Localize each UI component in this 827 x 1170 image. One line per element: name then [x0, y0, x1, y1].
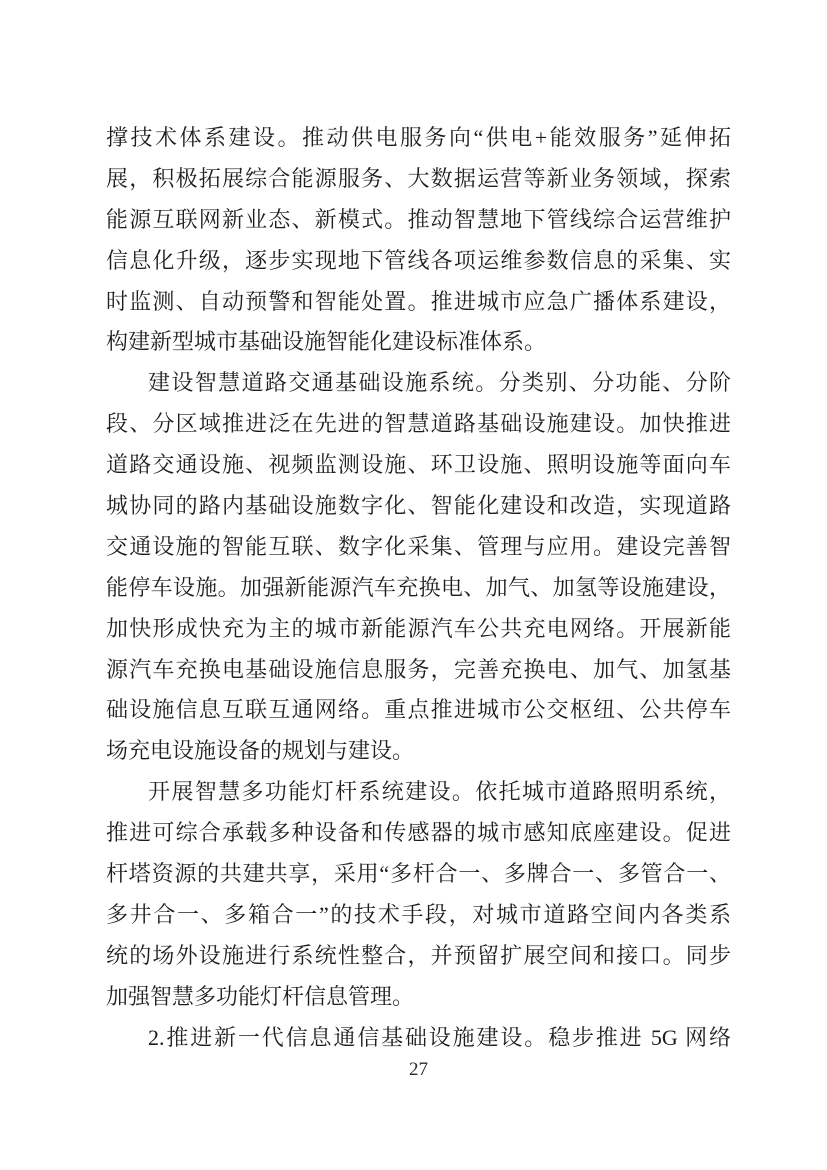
text-line: 多井合一、多箱合一”的技术手段，对城市道路空间内各类系 — [106, 895, 731, 936]
paragraph: 建设智慧道路交通基础设施系统。分类别、分功能、分阶段、分区域推进泛在先进的智慧道… — [106, 363, 731, 772]
text-line: 能停车设施。加强新能源汽车充换电、加气、加氢等设施建设， — [106, 568, 731, 609]
text-line: 信息化升级，逐步实现地下管线各项运维参数信息的采集、实 — [106, 241, 731, 282]
document-body: 撑技术体系建设。推动供电服务向“供电+能效服务”延伸拓展，积极拓展综合能源服务、… — [106, 118, 731, 1058]
text-line: 杆塔资源的共建共享，采用“多杆合一、多牌合一、多管合一、 — [106, 854, 731, 895]
text-line: 交通设施的智能互联、数字化采集、管理与应用。建设完善智 — [106, 527, 731, 568]
text-line: 构建新型城市基础设施智能化建设标准体系。 — [106, 322, 731, 363]
text-line: 撑技术体系建设。推动供电服务向“供电+能效服务”延伸拓 — [106, 118, 731, 159]
text-line: 源汽车充换电基础设施信息服务，完善充换电、加气、加氢基 — [106, 650, 731, 691]
text-line: 能源互联网新业态、新模式。推动智慧地下管线综合运营维护 — [106, 200, 731, 241]
paragraph: 撑技术体系建设。推动供电服务向“供电+能效服务”延伸拓展，积极拓展综合能源服务、… — [106, 118, 731, 363]
document-page: 撑技术体系建设。推动供电服务向“供电+能效服务”延伸拓展，积极拓展综合能源服务、… — [0, 0, 827, 1170]
text-line: 道路交通设施、视频监测设施、环卫设施、照明设施等面向车 — [106, 445, 731, 486]
paragraph: 开展智慧多功能灯杆系统建设。依托城市道路照明系统，推进可综合承载多种设备和传感器… — [106, 772, 731, 1017]
page-number: 27 — [106, 1059, 731, 1081]
text-line: 开展智慧多功能灯杆系统建设。依托城市道路照明系统， — [106, 772, 731, 813]
text-line: 2.推进新一代信息通信基础设施建设。稳步推进 5G 网络 — [106, 1018, 731, 1059]
text-line: 场充电设施设备的规划与建设。 — [106, 731, 731, 772]
text-line: 础设施信息互联互通网络。重点推进城市公交枢纽、公共停车 — [106, 690, 731, 731]
text-line: 加强智慧多功能灯杆信息管理。 — [106, 977, 731, 1018]
text-line: 推进可综合承载多种设备和传感器的城市感知底座建设。促进 — [106, 813, 731, 854]
text-line: 段、分区域推进泛在先进的智慧道路基础设施建设。加快推进 — [106, 404, 731, 445]
text-line: 展，积极拓展综合能源服务、大数据运营等新业务领域，探索 — [106, 159, 731, 200]
text-line: 城协同的路内基础设施数字化、智能化建设和改造，实现道路 — [106, 486, 731, 527]
paragraph: 2.推进新一代信息通信基础设施建设。稳步推进 5G 网络 — [106, 1018, 731, 1059]
text-line: 建设智慧道路交通基础设施系统。分类别、分功能、分阶 — [106, 363, 731, 404]
text-line: 加快形成快充为主的城市新能源汽车公共充电网络。开展新能 — [106, 609, 731, 650]
text-line: 统的场外设施进行系统性整合，并预留扩展空间和接口。同步 — [106, 936, 731, 977]
text-line: 时监测、自动预警和智能处置。推进城市应急广播体系建设， — [106, 282, 731, 323]
